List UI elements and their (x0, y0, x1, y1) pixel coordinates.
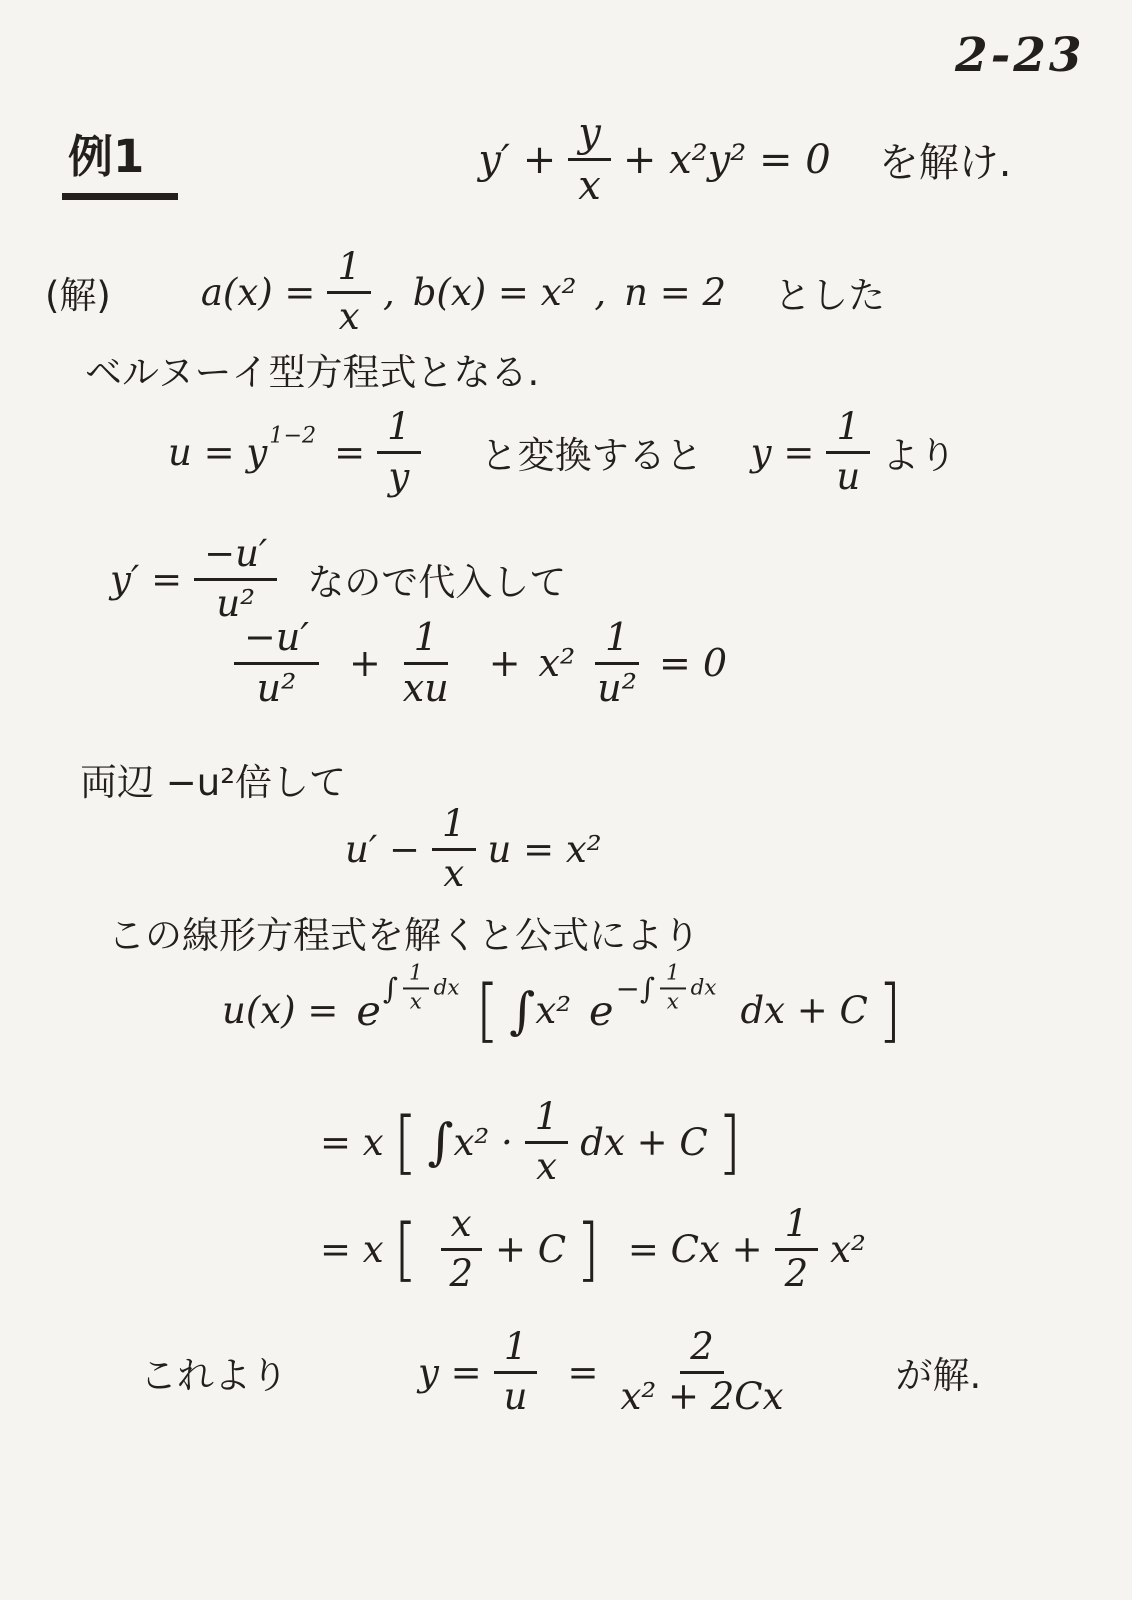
dx-label: dx (691, 975, 717, 1000)
exponent-minus-integral-1-over-x-dx: −∫ 1 x dx (616, 962, 717, 1013)
fraction-numerator: 2 (680, 1328, 724, 1374)
fraction-denominator: x (329, 294, 370, 337)
dx-plus-c: dx + C (580, 1121, 707, 1164)
fraction-2-over-x2-plus-2cx: 2 x² + 2Cx (611, 1328, 794, 1417)
fraction-minus-uprime-over-u2: −u′ u² (234, 618, 319, 709)
close-bracket: ] (878, 971, 902, 1051)
bernoulli-sentence: ベルヌーイ型方程式となる. (85, 342, 539, 396)
fraction-denominator: x (404, 989, 428, 1014)
simplified-step-line: = x [ ∫ x² · 1 x dx + C ] (320, 1098, 752, 1187)
comma: , (383, 271, 395, 314)
formula-intro-sentence: この線形方程式を解くと公式により (108, 905, 700, 959)
fraction-denominator: u² (247, 665, 307, 709)
multiply-sentence: 両辺 −u²倍して (80, 752, 346, 806)
page-number: 2-23 (955, 28, 1085, 83)
fraction-1-over-u2: 1 u² (587, 618, 647, 709)
title-eq-lhs: y′ + (478, 137, 556, 183)
substituted-equation: −u′ u² + 1 xu + x² 1 u² = 0 (222, 618, 727, 709)
x-squared-dot: x² · (454, 1121, 513, 1164)
fraction-numerator: 1 (660, 962, 686, 989)
minus-integral-icon: −∫ (616, 971, 655, 1005)
substitute-text: なので代入して (307, 552, 566, 606)
fraction-denominator: x² + 2Cx (611, 1374, 794, 1417)
fraction-1-over-x: 1 x (327, 248, 371, 337)
fraction-numerator: 1 (327, 248, 371, 294)
fraction-numerator: 1 (525, 1098, 569, 1144)
fraction-denominator: 2 (439, 1251, 483, 1294)
fraction-denominator: x (661, 989, 685, 1014)
linear-equation: u′ − 1 x u = x² (345, 805, 602, 894)
solution-start-line: (解) a(x) = 1 x , b(x) = x² , n = 2 とした (45, 248, 885, 337)
u-equals-x2: u = x² (488, 828, 602, 871)
fraction-numerator: 1 (826, 408, 870, 454)
equals-x: = x (320, 1121, 384, 1164)
solution-label: (解) (45, 265, 111, 319)
yori-text: より (882, 425, 956, 479)
fraction-denominator: y (378, 454, 419, 497)
conclusion-line: これより y = 1 u = 2 x² + 2Cx が解. (140, 1328, 981, 1417)
a-of-x: a(x) = (201, 271, 316, 314)
b-of-x: b(x) = x² (413, 271, 577, 314)
exponent-1-minus-2: 1−2 (269, 423, 316, 449)
u-prime-minus: u′ − (345, 828, 420, 871)
close-bracket: ] (718, 1103, 742, 1183)
fraction-denominator: u (826, 454, 870, 497)
fraction-numerator: 1 (595, 618, 639, 665)
fraction-numerator: −u′ (234, 618, 319, 665)
equals-zero: = 0 (659, 641, 727, 685)
u-of-x-equals: u(x) = (222, 989, 338, 1032)
solution-tail: とした (774, 265, 885, 319)
x-squared: x² (535, 989, 571, 1032)
example-label: 例1 (62, 120, 178, 200)
fraction-denominator: x (526, 1144, 567, 1187)
fraction-minus-uprime-over-u2: −u′ u² (194, 535, 277, 624)
plus-sign: + (489, 641, 521, 685)
exponent-integral-1-over-x-dx: ∫ 1 x dx (383, 962, 460, 1013)
open-bracket: [ (394, 1103, 418, 1183)
fraction-1-over-x: 1 x (403, 962, 429, 1013)
x-squared: x² (830, 1228, 866, 1271)
fraction-numerator: 1 (404, 618, 448, 665)
integral-icon: ∫ (383, 971, 398, 1005)
n-equals-2: n = 2 (624, 271, 726, 314)
fraction-1-over-x: 1 x (660, 962, 686, 1013)
equals-sign: = (568, 1351, 599, 1394)
equals-sign: = (334, 431, 365, 474)
transform-line: u = y 1−2 = 1 y と変換すると y = 1 u より (168, 408, 956, 497)
fraction-1-over-2: 1 2 (775, 1205, 819, 1294)
fraction-numerator: 1 (377, 408, 421, 454)
fraction-numerator: x (441, 1205, 482, 1251)
fraction-numerator: 1 (432, 805, 476, 851)
fraction-1-over-xu: 1 xu (393, 618, 459, 709)
fraction-denominator: u (494, 1374, 538, 1417)
e-base: e (589, 987, 614, 1035)
fraction-numerator: y (568, 112, 611, 161)
dx-label: dx (434, 975, 460, 1000)
y-prime-equals: y′ = (110, 558, 182, 601)
fraction-numerator: 1 (494, 1328, 538, 1374)
y-equals: y = (418, 1351, 482, 1394)
is-solution-text: が解. (895, 1345, 981, 1399)
equals-x: = x (320, 1228, 384, 1271)
e-base: e (356, 987, 381, 1035)
fraction-denominator: u² (587, 665, 647, 709)
bernoulli-text: ベルヌーイ型方程式となる. (85, 342, 539, 396)
korekara-text: これより (140, 1345, 288, 1399)
transform-text: と変換すると (481, 425, 703, 479)
y-equals: y = (751, 431, 815, 474)
open-bracket: [ (394, 1210, 418, 1290)
result-step-line: = x [ x 2 + C ] = Cx + 1 2 x² (320, 1205, 866, 1294)
fraction-1-over-x: 1 x (525, 1098, 569, 1187)
fraction-x-over-2: x 2 (439, 1205, 483, 1294)
open-bracket: [ (475, 971, 499, 1051)
fraction-numerator: 1 (775, 1205, 819, 1251)
integrating-factor-formula: u(x) = e ∫ 1 x dx [ ∫ x² e −∫ 1 x dx dx … (222, 975, 912, 1046)
u-equals-y: u = y (168, 431, 267, 474)
x-squared-coefficient: x² (539, 641, 576, 685)
fraction-denominator: x (568, 161, 611, 207)
integral-icon: ∫ (427, 1113, 453, 1171)
dx-plus-c: dx + C (740, 989, 867, 1032)
fraction-denominator: x (433, 851, 474, 894)
close-bracket: ] (576, 1210, 600, 1290)
fraction-1-over-u: 1 u (826, 408, 870, 497)
fraction-denominator: xu (393, 665, 459, 709)
title-eq-fraction-y-over-x: y x (568, 112, 611, 207)
comma: , (594, 271, 606, 314)
formula-intro-text: この線形方程式を解くと公式により (108, 905, 700, 959)
fraction-numerator: −u′ (194, 535, 277, 581)
plus-sign: + (349, 641, 381, 685)
example-title-line: 例1 y′ + y x + x²y² = 0 を解け. (62, 112, 1011, 207)
fraction-1-over-x: 1 x (432, 805, 476, 894)
fraction-1-over-u: 1 u (494, 1328, 538, 1417)
title-eq-rhs: + x²y² = 0 (623, 137, 831, 183)
fraction-numerator: 1 (403, 962, 429, 989)
equals-cx-plus: = Cx + (628, 1228, 763, 1271)
notebook-page: 2-23 例1 y′ + y x + x²y² = 0 を解け. (解) a(x… (0, 0, 1132, 1600)
integral-icon: ∫ (509, 982, 535, 1040)
plus-c: + C (495, 1228, 566, 1271)
fraction-1-over-y: 1 y (377, 408, 421, 497)
y-prime-line: y′ = −u′ u² なので代入して (110, 535, 566, 624)
multiply-text: 両辺 −u²倍して (80, 752, 346, 806)
title-instruction: を解け. (879, 131, 1012, 188)
fraction-denominator: 2 (775, 1251, 819, 1294)
